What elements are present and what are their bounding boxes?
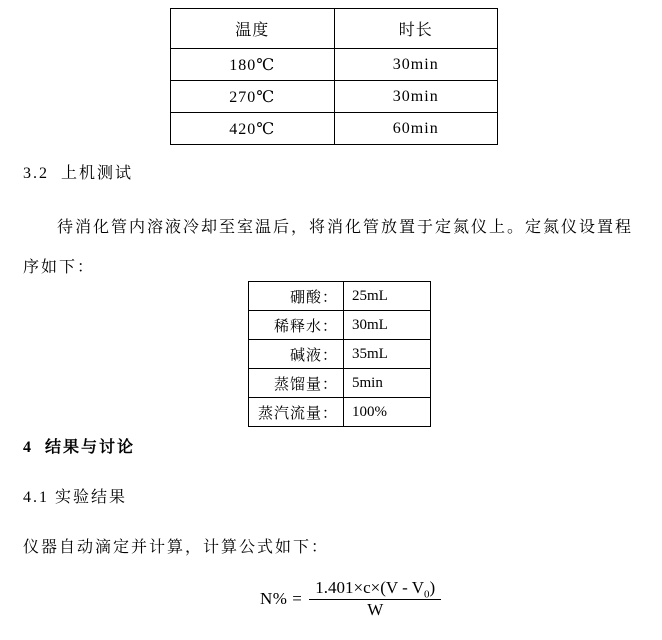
table-row: 180℃ 30min bbox=[171, 49, 498, 81]
formula-intro-text: 仪器自动滴定并计算，计算公式如下： bbox=[23, 537, 329, 559]
setting-value: 5min bbox=[344, 369, 431, 398]
temperature-table-header-row: 温度 时长 bbox=[171, 9, 498, 49]
paragraph-line-2: 序如下： bbox=[23, 257, 95, 279]
setting-label: 蒸馏量： bbox=[249, 369, 344, 398]
document-page: 温度 时长 180℃ 30min 270℃ 30min 420℃ 60min 3… bbox=[0, 0, 662, 640]
formula-numerator: 1.401×c×(V - V0) bbox=[309, 578, 441, 600]
table-row: 420℃ 60min bbox=[171, 113, 498, 145]
section-heading-3-2: 3.2 上机测试 bbox=[23, 163, 133, 185]
duration-cell: 60min bbox=[334, 113, 498, 145]
table-row: 蒸馏量： 5min bbox=[249, 369, 431, 398]
duration-column-header: 时长 bbox=[334, 9, 498, 49]
formula-fraction: 1.401×c×(V - V0) W bbox=[309, 578, 441, 620]
section-heading-4-1: 4.1 实验结果 bbox=[23, 487, 127, 509]
setting-label: 碱液： bbox=[249, 340, 344, 369]
temperature-cell: 420℃ bbox=[171, 113, 335, 145]
setting-value: 35mL bbox=[344, 340, 431, 369]
numerator-text: 1.401×c×(V - V bbox=[315, 578, 424, 597]
temperature-table: 温度 时长 180℃ 30min 270℃ 30min 420℃ 60min bbox=[170, 8, 498, 145]
program-settings-table: 硼酸： 25mL 稀释水： 30mL 碱液： 35mL 蒸馏量： 5min 蒸汽… bbox=[248, 281, 431, 427]
numerator-close-paren: ) bbox=[430, 578, 436, 597]
table-row: 270℃ 30min bbox=[171, 81, 498, 113]
table-row: 稀释水： 30mL bbox=[249, 311, 431, 340]
setting-label: 蒸汽流量： bbox=[249, 398, 344, 427]
duration-cell: 30min bbox=[334, 81, 498, 113]
temperature-cell: 270℃ bbox=[171, 81, 335, 113]
table-row: 硼酸： 25mL bbox=[249, 282, 431, 311]
section-heading-4: 4 结果与讨论 bbox=[23, 437, 135, 459]
table-row: 蒸汽流量： 100% bbox=[249, 398, 431, 427]
temperature-cell: 180℃ bbox=[171, 49, 335, 81]
formula-denominator: W bbox=[309, 598, 441, 620]
setting-value: 25mL bbox=[344, 282, 431, 311]
setting-label: 硼酸： bbox=[249, 282, 344, 311]
duration-cell: 30min bbox=[334, 49, 498, 81]
paragraph-line-1: 待消化管内溶液冷却至室温后，将消化管放置于定氮仪上。定氮仪设置程 bbox=[23, 217, 633, 239]
setting-value: 30mL bbox=[344, 311, 431, 340]
table-row: 碱液： 35mL bbox=[249, 340, 431, 369]
formula-lhs: N% = bbox=[260, 589, 302, 609]
setting-value: 100% bbox=[344, 398, 431, 427]
temperature-column-header: 温度 bbox=[171, 9, 335, 49]
setting-label: 稀释水： bbox=[249, 311, 344, 340]
nitrogen-formula: N% = 1.401×c×(V - V0) W bbox=[260, 578, 441, 620]
